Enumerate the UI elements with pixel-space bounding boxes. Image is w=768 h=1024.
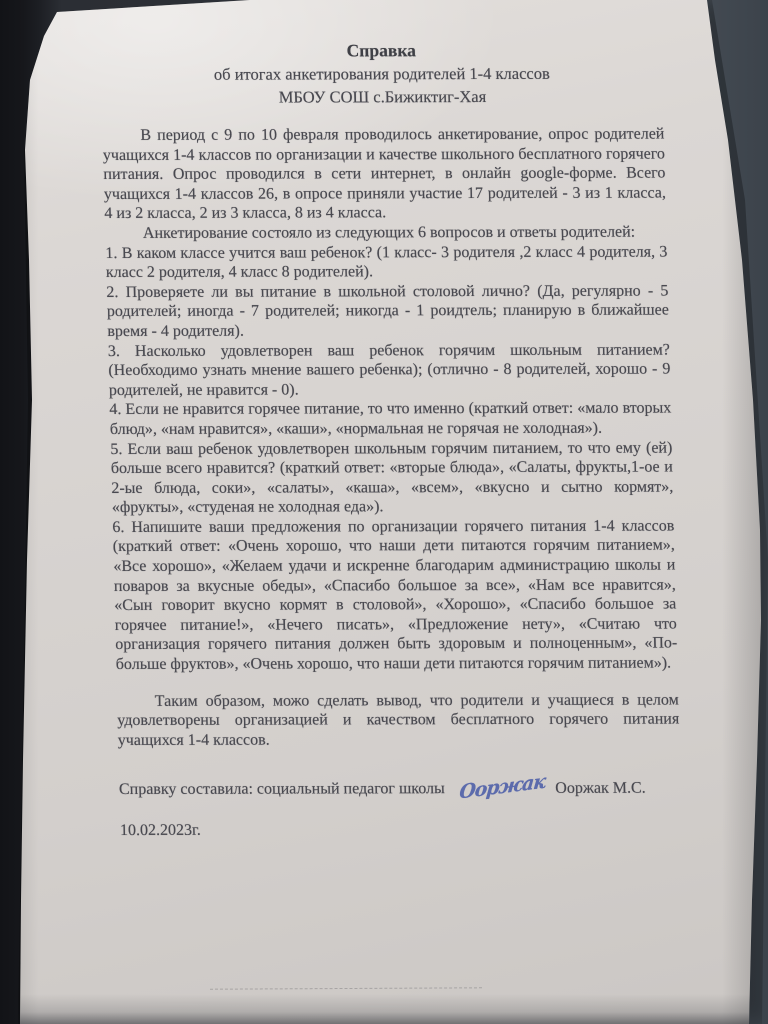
question-item-2: 2. Проверяете ли вы питание в школьной с… — [106, 281, 669, 341]
survey-intro-paragraph: Анкетирование состояло из следующих 6 во… — [105, 222, 667, 243]
conclusion-paragraph: Таким образом, можо сделать вывод, что р… — [116, 690, 679, 750]
document-body: Справка об итогах анкетирования родителе… — [100, 39, 682, 841]
question-item-4: 4. Если не нравится горячее питание, то … — [109, 399, 672, 440]
photo-background: Справка об итогах анкетирования родителе… — [0, 0, 768, 1024]
composed-by-label: Справку составила: социальный педагог шк… — [119, 780, 445, 800]
document-date: 10.02.2023г. — [120, 820, 682, 841]
handwritten-signature: Ооржак — [458, 773, 546, 804]
question-item-1: 1. В каком классе учится ваш ребенок? (1… — [105, 242, 668, 283]
question-item-6: 6. Напишите ваши предложения по организа… — [112, 516, 678, 674]
signer-name: Ооржак М.С. — [555, 779, 646, 799]
document-subtitle-line2: МБОУ СОШ с.Бижиктиг-Хая — [101, 85, 664, 109]
document-title: Справка — [100, 39, 663, 63]
intro-paragraph: В период с 9 по 10 февраля проводилось а… — [102, 125, 666, 224]
paper-fold-mark — [210, 987, 482, 989]
question-item-5: 5. Если ваш ребенок удовлетворен школьны… — [110, 438, 674, 518]
paper-sheet: Справка об итогах анкетирования родителе… — [0, 0, 768, 1024]
signature-row: Справку составила: социальный педагог шк… — [119, 778, 681, 800]
body-text: В период с 9 по 10 февраля проводилось а… — [102, 125, 680, 751]
title-block: Справка об итогах анкетирования родителе… — [100, 39, 664, 109]
question-item-3: 3. Насколько удовлетворен ваш ребенок го… — [108, 340, 671, 400]
document-subtitle-line1: об итогах анкетирования родителей 1-4 кл… — [101, 62, 664, 86]
